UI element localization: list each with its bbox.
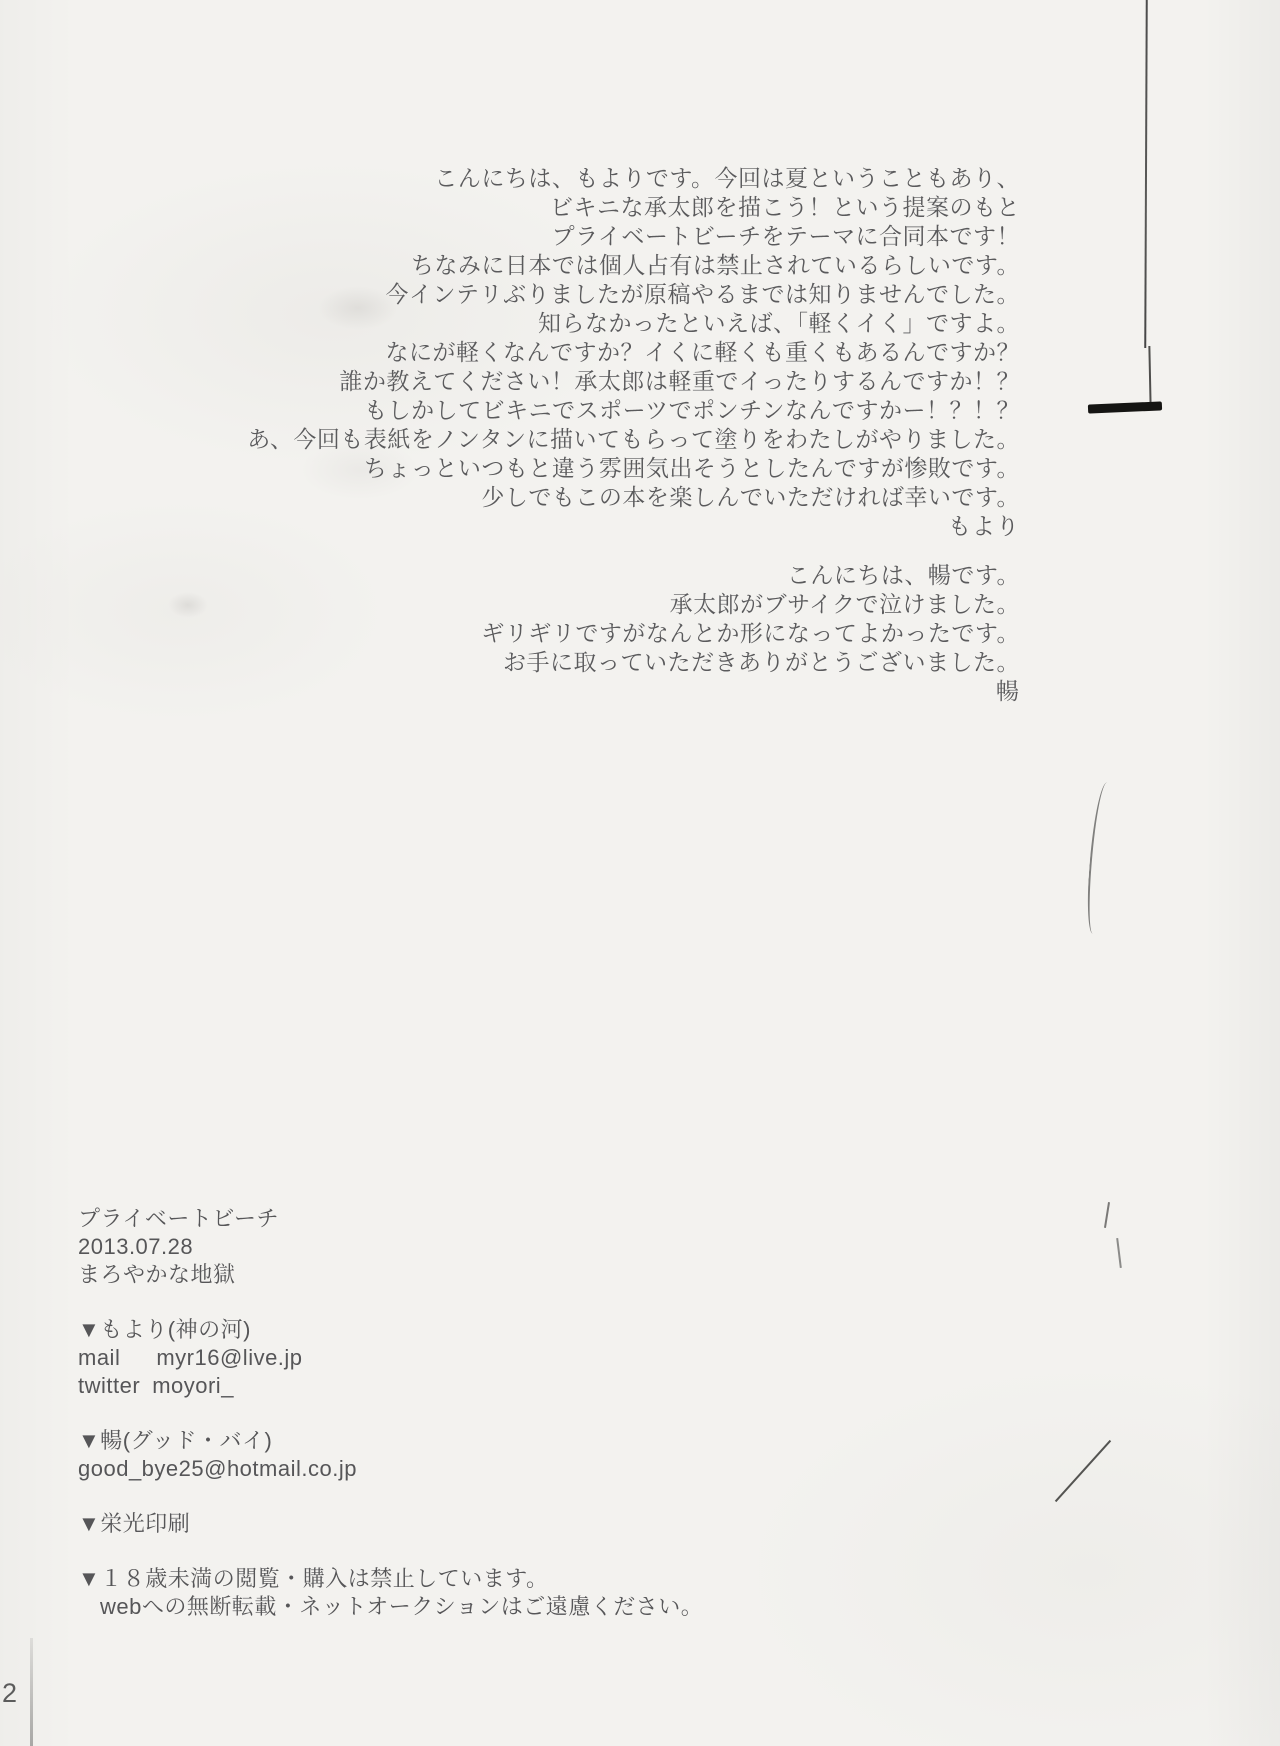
afterword-line: 承太郎がブサイクで泣けました。: [481, 590, 1020, 619]
twitter-handle: moyori_: [152, 1373, 234, 1398]
mail-label: mail: [78, 1345, 120, 1370]
circle-name: まろやかな地獄: [78, 1261, 703, 1289]
afterword-line: 少しでもこの本を楽しんでいただければ幸いです。: [247, 483, 1020, 512]
afterword-line: あ、今回も表紙をノンタンに描いてもらって塗りをわたしがやりました。: [247, 425, 1020, 454]
scan-scratch: [1055, 1440, 1111, 1502]
scanned-afterword-page: こんにちは、もよりです。今回は夏ということもあり、 ビキニな承太郎を描こう！とい…: [0, 0, 1280, 1746]
afterword-line: こんにちは、もよりです。今回は夏ということもあり、: [247, 164, 1020, 193]
afterword-line: ちなみに日本では個人占有は禁止されているらしいです。: [247, 251, 1020, 280]
page-edge-shadow: [30, 1638, 33, 1746]
afterword-you: こんにちは、暢です。 承太郎がブサイクで泣けました。 ギリギリですがなんとか形に…: [481, 561, 1020, 706]
afterword-line: もしかしてビキニでスポーツでポンチンなんですかー！？！？: [247, 396, 1020, 425]
author1-info: ▼もより(神の河) mailmyr16@live.jp twittermoyor…: [78, 1316, 703, 1400]
scan-edge-line: [1144, 0, 1148, 348]
scan-scratch: [1085, 781, 1116, 934]
afterword-line: こんにちは、暢です。: [481, 561, 1020, 590]
scan-tick-mark: [1116, 1238, 1122, 1268]
notice: ▼１８歳未満の閲覧・購入は禁止しています。 webへの無断転載・ネットオークショ…: [78, 1565, 703, 1621]
colophon: プライベートビーチ 2013.07.28 まろやかな地獄 ▼もより(神の河) m…: [78, 1205, 703, 1621]
book-info: プライベートビーチ 2013.07.28 まろやかな地獄: [78, 1205, 703, 1289]
page-number: 2: [2, 1678, 17, 1709]
author1-twitter: twittermoyori_: [78, 1372, 703, 1400]
author2-info: ▼暢(グッド・バイ) good_bye25@hotmail.co.jp: [78, 1427, 703, 1483]
author2-mail: good_bye25@hotmail.co.jp: [78, 1455, 703, 1483]
book-title: プライベートビーチ: [78, 1205, 703, 1233]
scan-ink-mark: [1088, 401, 1162, 413]
afterword-line: 誰か教えてください！承太郎は軽重でイったりするんですか！？: [247, 367, 1020, 396]
book-date: 2013.07.28: [78, 1233, 703, 1261]
afterword-line: 知らなかったといえば、「軽くイく」ですよ。: [247, 309, 1020, 338]
afterword-line: ギリギリですがなんとか形になってよかったです。: [481, 619, 1020, 648]
scan-edge-line: [1148, 346, 1151, 408]
author1-mail: mailmyr16@live.jp: [78, 1344, 703, 1372]
afterword-line: ビキニな承太郎を描こう！という提案のもと: [247, 193, 1020, 222]
notice-line1: ▼１８歳未満の閲覧・購入は禁止しています。: [78, 1565, 703, 1593]
author2-name: ▼暢(グッド・バイ): [78, 1427, 703, 1455]
afterword-moyori: こんにちは、もよりです。今回は夏ということもあり、 ビキニな承太郎を描こう！とい…: [247, 164, 1020, 541]
printer-name: ▼栄光印刷: [78, 1510, 703, 1538]
afterword-line: 今インテリぶりましたが原稿やるまでは知りませんでした。: [247, 280, 1020, 309]
afterword-line: ちょっといつもと違う雰囲気出そうとしたんですが惨敗です。: [247, 454, 1020, 483]
author1-name: ▼もより(神の河): [78, 1316, 703, 1344]
afterword-line: プライベートビーチをテーマに合同本です！: [247, 222, 1020, 251]
afterword-line: お手に取っていただきありがとうございました。: [481, 648, 1020, 677]
notice-line2: webへの無断転載・ネットオークションはご遠慮ください。: [78, 1593, 703, 1621]
afterword-line: なにが軽くなんですか？イくに軽くも重くもあるんですか？: [247, 338, 1020, 367]
printer-info: ▼栄光印刷: [78, 1510, 703, 1538]
scan-tick-mark: [1104, 1202, 1110, 1228]
signature-you: 暢: [481, 677, 1020, 706]
scan-smudge: [168, 592, 208, 618]
mail-address: myr16@live.jp: [156, 1345, 302, 1370]
signature-moyori: もより: [247, 512, 1020, 541]
twitter-label: twitter: [78, 1373, 140, 1398]
